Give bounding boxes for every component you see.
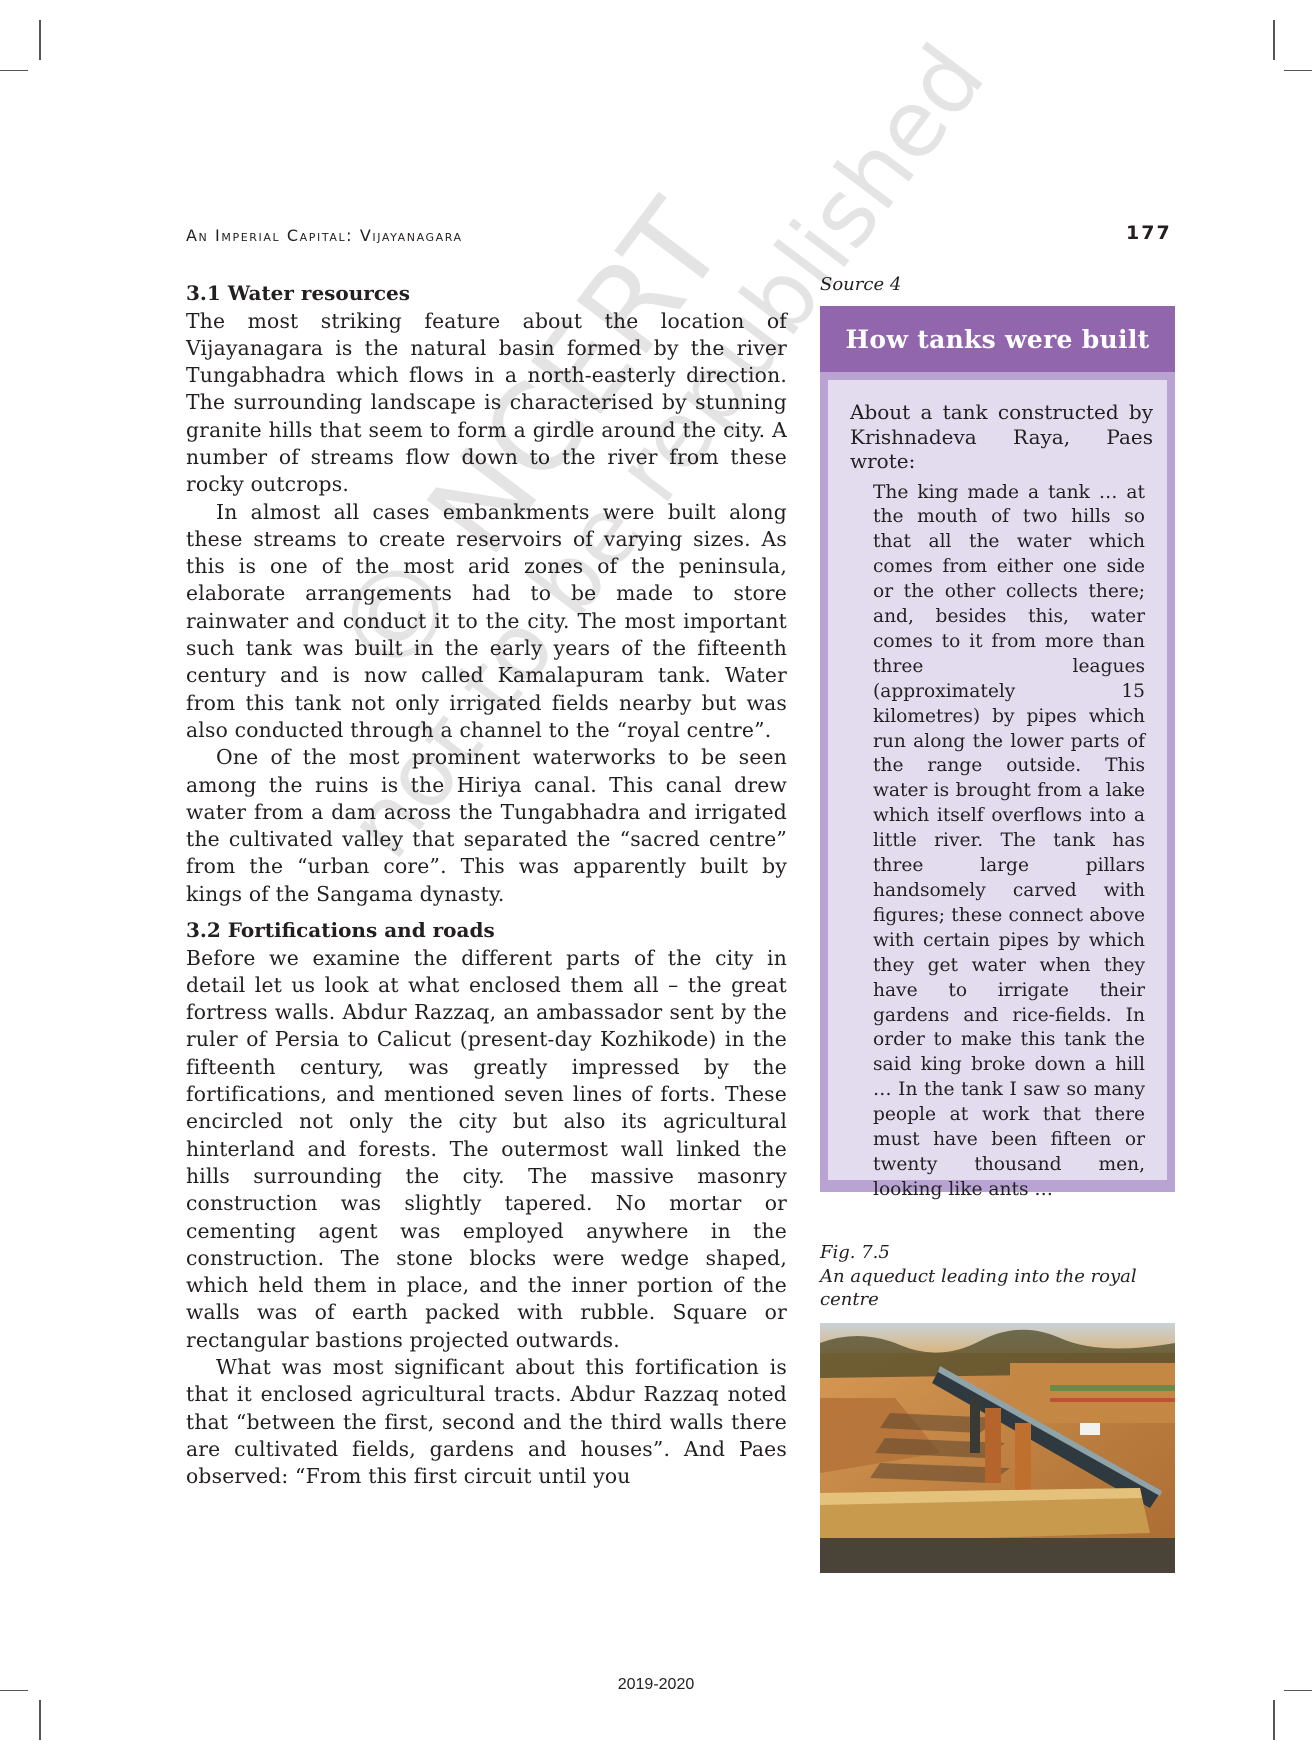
footer-year: 2019-2020 — [0, 1676, 1312, 1694]
aqueduct-photo — [820, 1323, 1175, 1573]
running-title: An Imperial Capital: Vijayanagara — [186, 226, 463, 245]
section-heading-fortifications: 3.2 Fortifications and roads — [186, 917, 787, 945]
figure-number: Fig. 7.5 — [820, 1241, 1180, 1265]
source-label: Source 4 — [820, 274, 1175, 295]
paragraph: In almost all cases embankments were bui… — [186, 499, 787, 745]
crop-mark-top-right-v — [1273, 20, 1275, 60]
paragraph: Before we examine the different parts of… — [186, 945, 787, 1354]
page-number: 177 — [1126, 222, 1172, 244]
crop-mark-bottom-left-v — [39, 1700, 41, 1740]
source-quote: The king made a tank … at the mouth of t… — [873, 481, 1145, 1203]
source-sidebar: Source 4 How tanks were built About a ta… — [820, 274, 1175, 295]
figure-caption: Fig. 7.5 An aqueduct leading into the ro… — [820, 1241, 1180, 1312]
paragraph: What was most significant about this for… — [186, 1354, 787, 1490]
source-content: About a tank constructed by Krishnadeva … — [828, 380, 1167, 1180]
figure-caption-text: An aqueduct leading into the royal centr… — [820, 1265, 1180, 1312]
crop-mark-top-right-h — [1284, 70, 1312, 71]
paragraph: The most striking feature about the loca… — [186, 308, 787, 499]
paragraph: One of the most prominent waterworks to … — [186, 744, 787, 908]
source-box: How tanks were built About a tank constr… — [820, 306, 1175, 1192]
crop-mark-top-left-h — [0, 70, 28, 71]
section-heading-water-resources: 3.1 Water resources — [186, 280, 787, 308]
source-intro: About a tank constructed by Krishnadeva … — [850, 400, 1153, 474]
crop-mark-top-left-v — [39, 20, 41, 60]
source-title: How tanks were built — [820, 306, 1175, 372]
photo-illustration — [820, 1323, 1175, 1573]
crop-mark-bottom-right-v — [1273, 1700, 1275, 1740]
main-column: 3.1 Water resources The most striking fe… — [186, 280, 787, 1490]
